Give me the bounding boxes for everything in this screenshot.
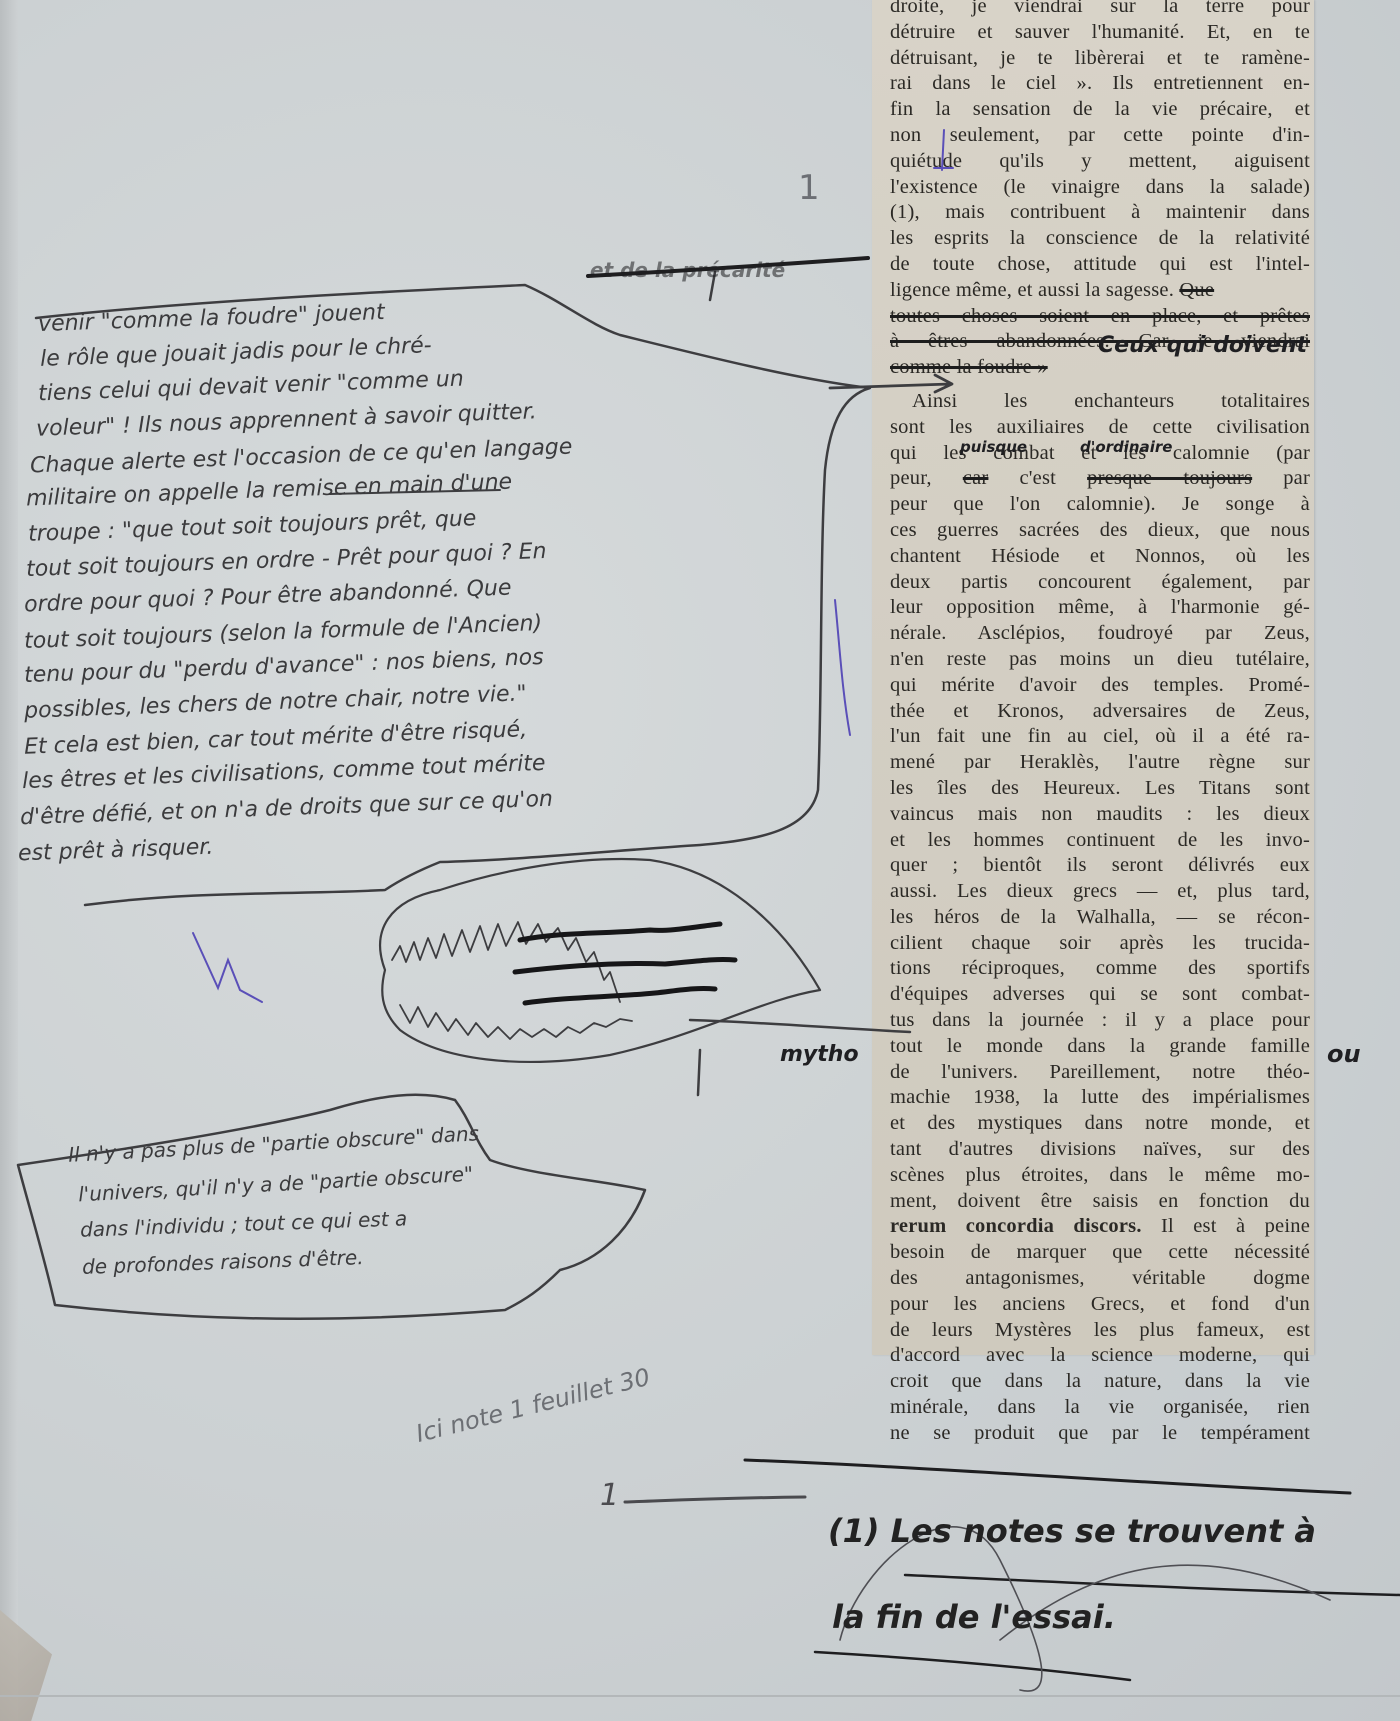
crossed-out-lines — [515, 924, 735, 1003]
arrow-line — [830, 375, 952, 392]
footnote-line: (1) Les notes se trouvent à — [828, 1512, 1316, 1550]
page-number: 1 — [798, 168, 820, 208]
margin-ou: ou — [1327, 1040, 1361, 1068]
stem-line — [698, 1050, 700, 1095]
footnote-underline-1 — [905, 1575, 1400, 1595]
footnote-underline-2 — [815, 1652, 1130, 1680]
pencil-footnote-number: 1 — [600, 1478, 619, 1513]
struck-annotation: et de la précarité — [590, 258, 785, 282]
scribble-zigzag — [392, 922, 632, 1039]
insert-annotation: Ceux qui doivent — [1098, 333, 1307, 358]
footnote-line: la fin de l'essai. — [832, 1598, 1116, 1636]
violet-caret — [934, 130, 953, 170]
insert-puisque: puisque — [960, 438, 1027, 456]
footnote-rule-top — [745, 1460, 1350, 1493]
scribble-cloud — [380, 859, 820, 1062]
insert-ordinaire: d'ordinaire — [1080, 438, 1172, 456]
footnote-rule-pencil — [625, 1497, 805, 1502]
violet-vh-mark — [193, 933, 262, 1002]
violet-vertical-mark — [835, 600, 850, 735]
margin-mytho: mytho — [780, 1042, 859, 1067]
insertion-line — [690, 1020, 910, 1032]
